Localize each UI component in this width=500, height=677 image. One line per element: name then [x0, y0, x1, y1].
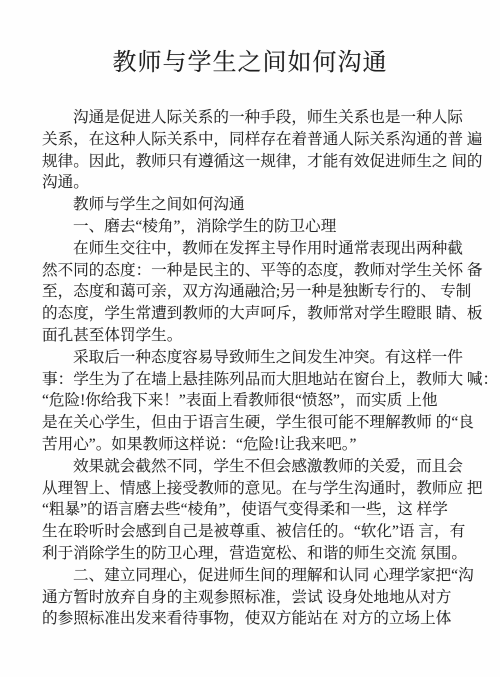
text-line: 的态度，学生常遭到教师的大声呵斥，教师常对学生瞪眼 睛、板: [42, 303, 492, 325]
text-line: 至，态度和蔼可亲，双方沟通融洽;另一种是独断专行的、 专制: [42, 281, 492, 303]
text-line: 通方暂时放弃自身的主观参照标准，尝试 设身处地地从对方: [42, 587, 492, 609]
text-line: 规律。因此，教师只有遵循这一规律，才能有效促进师生之 间的: [42, 151, 492, 173]
document-title: 教师与学生之间如何沟通: [0, 42, 500, 77]
text-line: 关系，在这种人际关系中，同样存在着普通人际关系沟通的普 遍: [42, 129, 492, 151]
text-line: 采取后一种态度容易导致师生之间发生冲突。有这样一件: [42, 347, 492, 369]
text-line: 沟通是促进人际关系的一种手段，师生关系也是一种人际: [42, 107, 492, 129]
text-line: 的参照标准出发来看待事物，使双方能站在 对方的立场上体: [42, 608, 492, 630]
text-line: 利于消除学生的防卫心理，营造宽松、和谐的师生交流 氛围。: [42, 543, 492, 565]
document-page: 教师与学生之间如何沟通 沟通是促进人际关系的一种手段，师生关系也是一种人际关系，…: [0, 0, 500, 677]
text-line: 沟通。: [42, 172, 492, 194]
text-line: 事：学生为了在墙上悬挂陈列品而大胆地站在窗台上，教师大 喊：: [42, 369, 492, 391]
text-line: 生在聆听时会感到自己是被尊重、被信任的。“软化”语 言，有: [42, 521, 492, 543]
text-line: 然不同的态度：一种是民主的、平等的态度，教师对学生关怀 备: [42, 260, 492, 282]
text-line: 教师与学生之间如何沟通: [42, 194, 492, 216]
text-line: “粗暴”的语言磨去些“棱角”，使语气变得柔和一些，这 样学: [42, 499, 492, 521]
text-line: 在师生交往中，教师在发挥主导作用时通常表现出两种截: [42, 238, 492, 260]
text-line: 二、建立同理心，促进师生间的理解和认同 心理学家把“沟: [42, 565, 492, 587]
text-line: 苦用心”。如果教师这样说：“危险!让我来吧。”: [42, 434, 492, 456]
text-line: “危险!你给我下来！”表面上看教师很“愤怒”，而实质 上他: [42, 390, 492, 412]
text-line: 从理智上、情感上接受教师的意见。在与学生沟通时，教师应 把: [42, 478, 492, 500]
text-line: 一、磨去“棱角”，消除学生的防卫心理: [42, 216, 492, 238]
text-line: 面孔甚至体罚学生。: [42, 325, 492, 347]
text-line: 是在关心学生，但由于语言生硬，学生很可能不理解教师 的“良: [42, 412, 492, 434]
document-body: 沟通是促进人际关系的一种手段，师生关系也是一种人际关系，在这种人际关系中，同样存…: [42, 107, 492, 630]
text-line: 效果就会截然不同，学生不但会感激教师的关爱，而且会: [42, 456, 492, 478]
